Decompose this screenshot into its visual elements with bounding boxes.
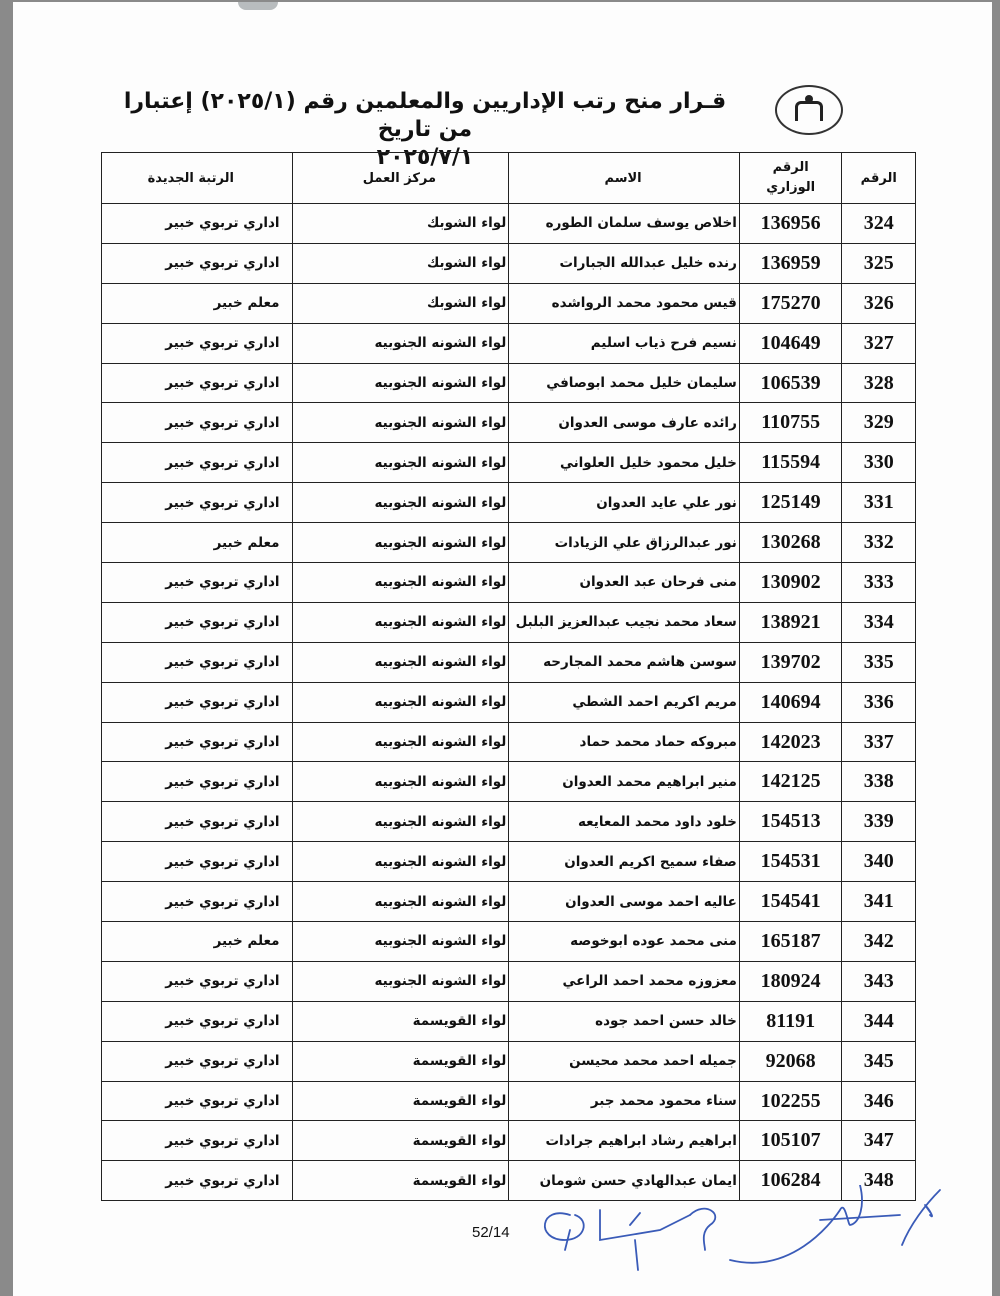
table-row: 328106539سليمان خليل محمد ابوصافيلواء ال… — [102, 363, 916, 403]
table-row: 327104649نسيم فرح ذياب اسليملواء الشونه … — [102, 323, 916, 363]
table-row: 335139702سوسن هاشم محمد المجارحهلواء الش… — [102, 642, 916, 682]
row-ministry-id: 136959 — [739, 243, 842, 283]
row-ministry-id: 92068 — [739, 1041, 842, 1081]
row-seq: 344 — [842, 1001, 916, 1041]
row-seq: 347 — [842, 1121, 916, 1161]
row-workplace: لواء الشونه الجنوبيه — [292, 802, 509, 842]
table-row: 326175270قيس محمود محمد الرواشدهلواء الش… — [102, 283, 916, 323]
header-workplace: مركز العمل — [292, 153, 509, 204]
row-seq: 339 — [842, 802, 916, 842]
row-new-rank: اداري تربوي خبير — [102, 762, 293, 802]
row-workplace: لواء الشونه الجنوبيه — [292, 403, 509, 443]
table-row: 343180924معزوزه محمد احمد الراعيلواء الش… — [102, 961, 916, 1001]
row-new-rank: اداري تربوي خبير — [102, 204, 293, 244]
row-name: معزوزه محمد احمد الراعي — [509, 961, 740, 1001]
row-ministry-id: 140694 — [739, 682, 842, 722]
row-workplace: لواء الشوبك — [292, 243, 509, 283]
row-name: مبروكه حماد محمد حماد — [509, 722, 740, 762]
row-ministry-id: 180924 — [739, 961, 842, 1001]
table-row: 324136956اخلاص يوسف سلمان الطورهلواء الش… — [102, 204, 916, 244]
table-row: 34592068جميله احمد محمد محيسنلواء القويس… — [102, 1041, 916, 1081]
table-row: 342165187منى محمد عوده ابوخوصهلواء الشون… — [102, 922, 916, 962]
row-seq: 328 — [842, 363, 916, 403]
table-row: 333130902منى فرحان عبد العدوانلواء الشون… — [102, 563, 916, 603]
header-name: الاسم — [509, 153, 740, 204]
table-header-row: الرقم الرقم الوزاري الاسم مركز العمل الر… — [102, 153, 916, 204]
row-name: صفاء سميح اكريم العدوان — [509, 842, 740, 882]
signature-icon — [530, 1185, 960, 1275]
row-name: سوسن هاشم محمد المجارحه — [509, 642, 740, 682]
row-ministry-id: 110755 — [739, 403, 842, 443]
table-row: 339154513خلود داود محمد المعايعهلواء الش… — [102, 802, 916, 842]
row-seq: 336 — [842, 682, 916, 722]
row-name: سعاد محمد نجيب عبدالعزيز البلبل — [509, 602, 740, 642]
row-new-rank: اداري تربوي خبير — [102, 483, 293, 523]
row-new-rank: اداري تربوي خبير — [102, 363, 293, 403]
row-name: رنده خليل عبدالله الجبارات — [509, 243, 740, 283]
row-name: مريم اكريم احمد الشطي — [509, 682, 740, 722]
paper-clip-icon — [238, 2, 278, 10]
row-ministry-id: 165187 — [739, 922, 842, 962]
row-name: ابراهيم رشاد ابراهيم جرادات — [509, 1121, 740, 1161]
row-name: خلود داود محمد المعايعه — [509, 802, 740, 842]
row-workplace: لواء الشونه الجنوبيه — [292, 642, 509, 682]
row-new-rank: اداري تربوي خبير — [102, 882, 293, 922]
page-number: 52/14 — [472, 1224, 510, 1241]
row-name: قيس محمود محمد الرواشده — [509, 283, 740, 323]
row-workplace: لواء الشونه الجنوبيه — [292, 443, 509, 483]
row-workplace: لواء الشونه الجنوبيه — [292, 922, 509, 962]
row-ministry-id: 142023 — [739, 722, 842, 762]
row-new-rank: معلم خبير — [102, 523, 293, 563]
row-workplace: لواء الشونه الجنوبيه — [292, 602, 509, 642]
row-new-rank: اداري تربوي خبير — [102, 1121, 293, 1161]
row-name: خليل محمود خليل العلواني — [509, 443, 740, 483]
table-row: 341154541عاليه احمد موسى العدوانلواء الش… — [102, 882, 916, 922]
row-seq: 331 — [842, 483, 916, 523]
row-name: نور عبدالرزاق علي الزيادات — [509, 523, 740, 563]
row-seq: 330 — [842, 443, 916, 483]
row-new-rank: اداري تربوي خبير — [102, 802, 293, 842]
row-new-rank: اداري تربوي خبير — [102, 642, 293, 682]
row-workplace: لواء الشونه الجنوبيه — [292, 961, 509, 1001]
row-new-rank: اداري تربوي خبير — [102, 243, 293, 283]
row-ministry-id: 105107 — [739, 1121, 842, 1161]
row-ministry-id: 81191 — [739, 1001, 842, 1041]
row-new-rank: اداري تربوي خبير — [102, 1161, 293, 1201]
row-seq: 326 — [842, 283, 916, 323]
row-workplace: لواء الشوبك — [292, 283, 509, 323]
row-workplace: لواء الشونه الجنوبيه — [292, 762, 509, 802]
table-row: 340154531صفاء سميح اكريم العدوانلواء الش… — [102, 842, 916, 882]
row-workplace: لواء القويسمة — [292, 1081, 509, 1121]
header-new-rank: الرتبة الجديدة — [102, 153, 293, 204]
row-workplace: لواء الشونه الجنوبيه — [292, 882, 509, 922]
row-seq: 346 — [842, 1081, 916, 1121]
row-new-rank: اداري تربوي خبير — [102, 1001, 293, 1041]
row-workplace: لواء الشونه الجنوبيه — [292, 523, 509, 563]
row-new-rank: اداري تربوي خبير — [102, 1041, 293, 1081]
row-ministry-id: 139702 — [739, 642, 842, 682]
row-ministry-id: 125149 — [739, 483, 842, 523]
emblem-arch — [795, 101, 823, 121]
row-ministry-id: 130268 — [739, 523, 842, 563]
row-workplace: لواء القويسمة — [292, 1041, 509, 1081]
row-ministry-id: 138921 — [739, 602, 842, 642]
row-new-rank: معلم خبير — [102, 283, 293, 323]
row-new-rank: اداري تربوي خبير — [102, 602, 293, 642]
table-row: 338142125منير ابراهيم محمد العدوانلواء ا… — [102, 762, 916, 802]
row-ministry-id: 154541 — [739, 882, 842, 922]
row-ministry-id: 136956 — [739, 204, 842, 244]
table-row: 334138921سعاد محمد نجيب عبدالعزيز البلبل… — [102, 602, 916, 642]
row-name: سليمان خليل محمد ابوصافي — [509, 363, 740, 403]
row-seq: 329 — [842, 403, 916, 443]
ranks-table: الرقم الرقم الوزاري الاسم مركز العمل الر… — [101, 152, 916, 1201]
row-seq: 333 — [842, 563, 916, 603]
row-seq: 341 — [842, 882, 916, 922]
table-row: 346102255سناء محمود محمد جبرلواء القويسم… — [102, 1081, 916, 1121]
row-new-rank: اداري تربوي خبير — [102, 961, 293, 1001]
row-name: سناء محمود محمد جبر — [509, 1081, 740, 1121]
row-workplace: لواء الشونه الجنوبيه — [292, 563, 509, 603]
row-seq: 338 — [842, 762, 916, 802]
table-row: 336140694مريم اكريم احمد الشطيلواء الشون… — [102, 682, 916, 722]
ministry-emblem-icon — [775, 85, 843, 135]
row-seq: 324 — [842, 204, 916, 244]
row-ministry-id: 130902 — [739, 563, 842, 603]
table-row: 331125149نور علي عايد العدوانلواء الشونه… — [102, 483, 916, 523]
table-row: 337142023مبروكه حماد محمد حمادلواء الشون… — [102, 722, 916, 762]
row-name: منى فرحان عبد العدوان — [509, 563, 740, 603]
table-row: 34481191خالد حسن احمد جودهلواء القويسمةا… — [102, 1001, 916, 1041]
row-new-rank: اداري تربوي خبير — [102, 403, 293, 443]
row-ministry-id: 106539 — [739, 363, 842, 403]
row-name: عاليه احمد موسى العدوان — [509, 882, 740, 922]
row-name: نسيم فرح ذياب اسليم — [509, 323, 740, 363]
row-workplace: لواء الشونه الجنوبيه — [292, 682, 509, 722]
row-workplace: لواء الشونه الجنوبيه — [292, 323, 509, 363]
row-workplace: لواء القويسمة — [292, 1121, 509, 1161]
row-name: جميله احمد محمد محيسن — [509, 1041, 740, 1081]
table-body: 324136956اخلاص يوسف سلمان الطورهلواء الش… — [102, 204, 916, 1201]
row-seq: 335 — [842, 642, 916, 682]
row-seq: 337 — [842, 722, 916, 762]
row-new-rank: معلم خبير — [102, 922, 293, 962]
row-name: اخلاص يوسف سلمان الطوره — [509, 204, 740, 244]
row-ministry-id: 175270 — [739, 283, 842, 323]
table-row: 330115594خليل محمود خليل العلوانيلواء ال… — [102, 443, 916, 483]
row-new-rank: اداري تربوي خبير — [102, 1081, 293, 1121]
row-seq: 342 — [842, 922, 916, 962]
row-workplace: لواء الشونه الجنوبيه — [292, 842, 509, 882]
row-workplace: لواء القويسمة — [292, 1001, 509, 1041]
row-workplace: لواء القويسمة — [292, 1161, 509, 1201]
row-seq: 345 — [842, 1041, 916, 1081]
emblem-crown — [805, 95, 813, 103]
row-new-rank: اداري تربوي خبير — [102, 842, 293, 882]
table-row: 325136959رنده خليل عبدالله الجباراتلواء … — [102, 243, 916, 283]
row-workplace: لواء الشونه الجنوبيه — [292, 363, 509, 403]
row-seq: 334 — [842, 602, 916, 642]
row-new-rank: اداري تربوي خبير — [102, 563, 293, 603]
row-seq: 332 — [842, 523, 916, 563]
row-ministry-id: 115594 — [739, 443, 842, 483]
table-row: 332130268نور عبدالرزاق علي الزياداتلواء … — [102, 523, 916, 563]
row-new-rank: اداري تربوي خبير — [102, 323, 293, 363]
row-name: رائده عارف موسى العدوان — [509, 403, 740, 443]
row-workplace: لواء الشونه الجنوبيه — [292, 483, 509, 523]
row-new-rank: اداري تربوي خبير — [102, 682, 293, 722]
row-name: منى محمد عوده ابوخوصه — [509, 922, 740, 962]
row-seq: 325 — [842, 243, 916, 283]
table-row: 329110755رائده عارف موسى العدوانلواء الش… — [102, 403, 916, 443]
row-ministry-id: 104649 — [739, 323, 842, 363]
row-ministry-id: 142125 — [739, 762, 842, 802]
header-seq: الرقم — [842, 153, 916, 204]
row-ministry-id: 154513 — [739, 802, 842, 842]
row-seq: 340 — [842, 842, 916, 882]
row-workplace: لواء الشوبك — [292, 204, 509, 244]
row-name: خالد حسن احمد جوده — [509, 1001, 740, 1041]
row-name: نور علي عايد العدوان — [509, 483, 740, 523]
row-name: منير ابراهيم محمد العدوان — [509, 762, 740, 802]
title-line-1: قـرار منح رتب الإداريين والمعلمين رقم (٢… — [110, 88, 740, 144]
row-workplace: لواء الشونه الجنوبيه — [292, 722, 509, 762]
row-seq: 327 — [842, 323, 916, 363]
row-new-rank: اداري تربوي خبير — [102, 722, 293, 762]
row-new-rank: اداري تربوي خبير — [102, 443, 293, 483]
row-seq: 343 — [842, 961, 916, 1001]
row-ministry-id: 102255 — [739, 1081, 842, 1121]
table-row: 347105107ابراهيم رشاد ابراهيم جراداتلواء… — [102, 1121, 916, 1161]
header-ministry-id: الرقم الوزاري — [739, 153, 842, 204]
row-ministry-id: 154531 — [739, 842, 842, 882]
